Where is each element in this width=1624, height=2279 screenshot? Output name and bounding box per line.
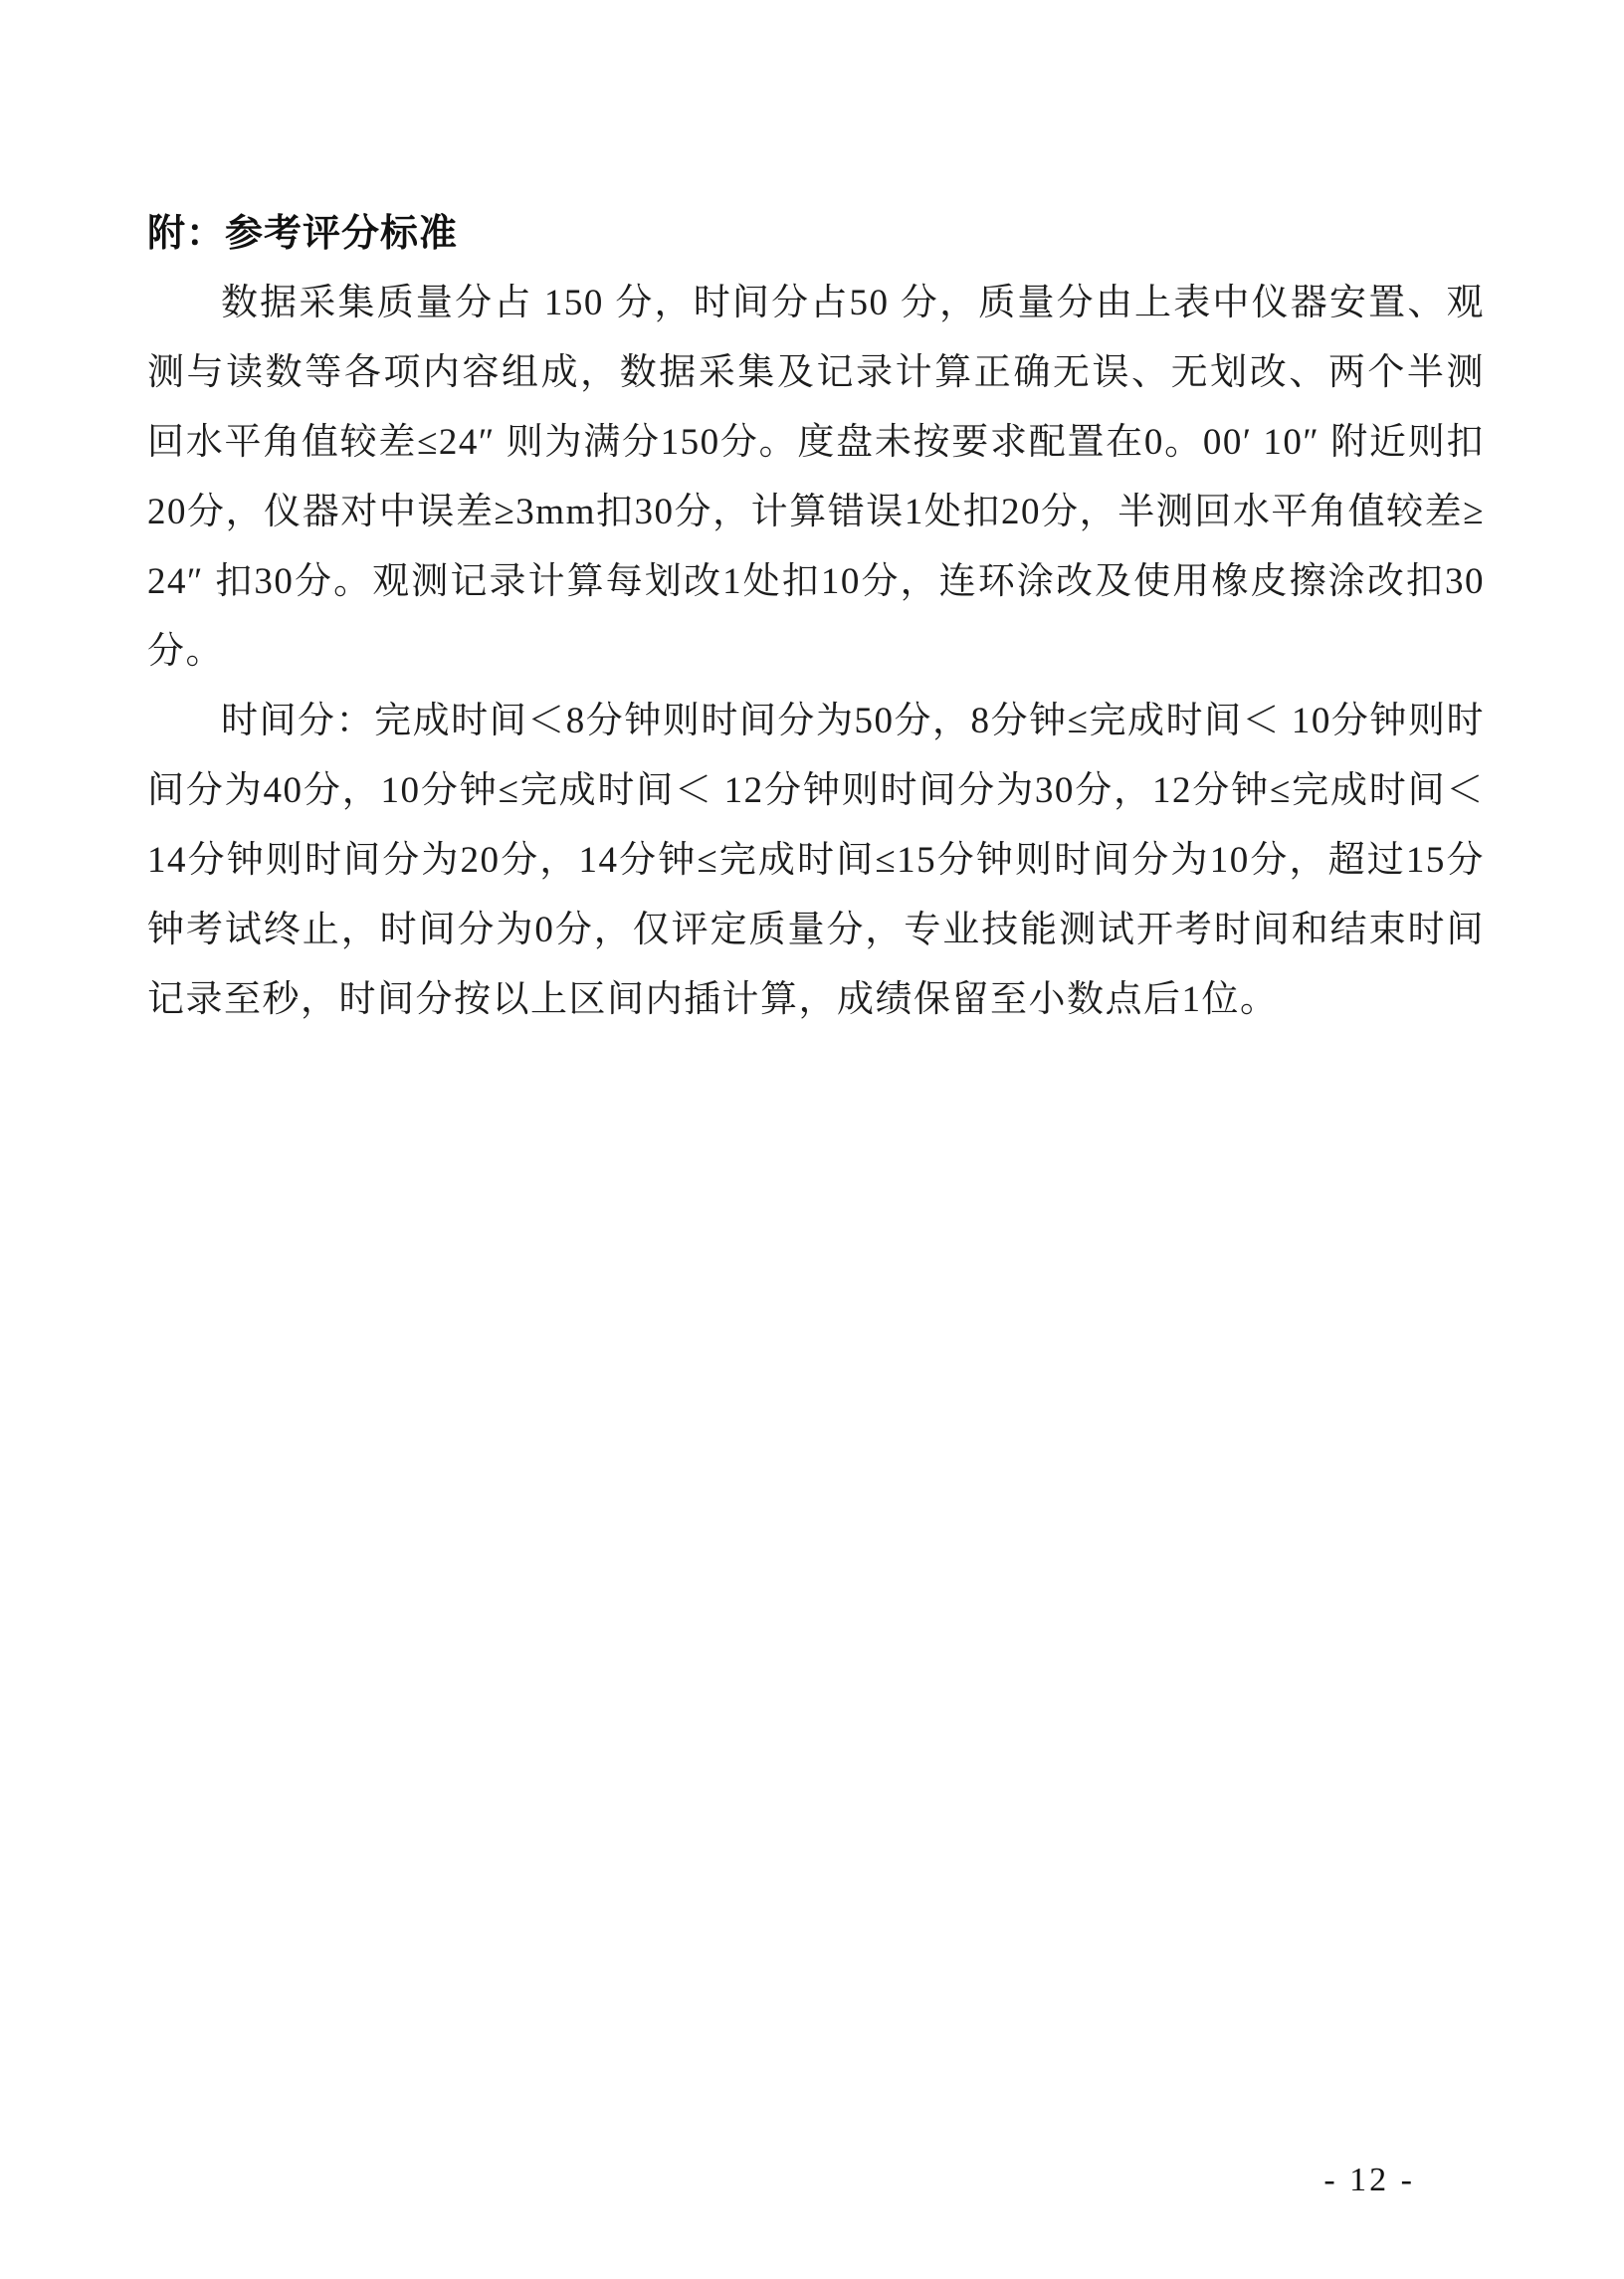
- page-number: - 12 -: [1323, 2162, 1415, 2199]
- appendix-heading: 附：参考评分标准: [147, 199, 1485, 269]
- scoring-quality-paragraph: 数据采集质量分占 150 分，时间分占50 分，质量分由上表中仪器安置、观测与读…: [147, 269, 1485, 687]
- document-page: 附：参考评分标准 数据采集质量分占 150 分，时间分占50 分，质量分由上表中…: [0, 0, 1624, 2279]
- scoring-time-paragraph: 时间分：完成时间＜8分钟则时间分为50分，8分钟≤完成时间＜ 10分钟则时间分为…: [147, 687, 1485, 1035]
- document-content: 附：参考评分标准 数据采集质量分占 150 分，时间分占50 分，质量分由上表中…: [147, 199, 1485, 1035]
